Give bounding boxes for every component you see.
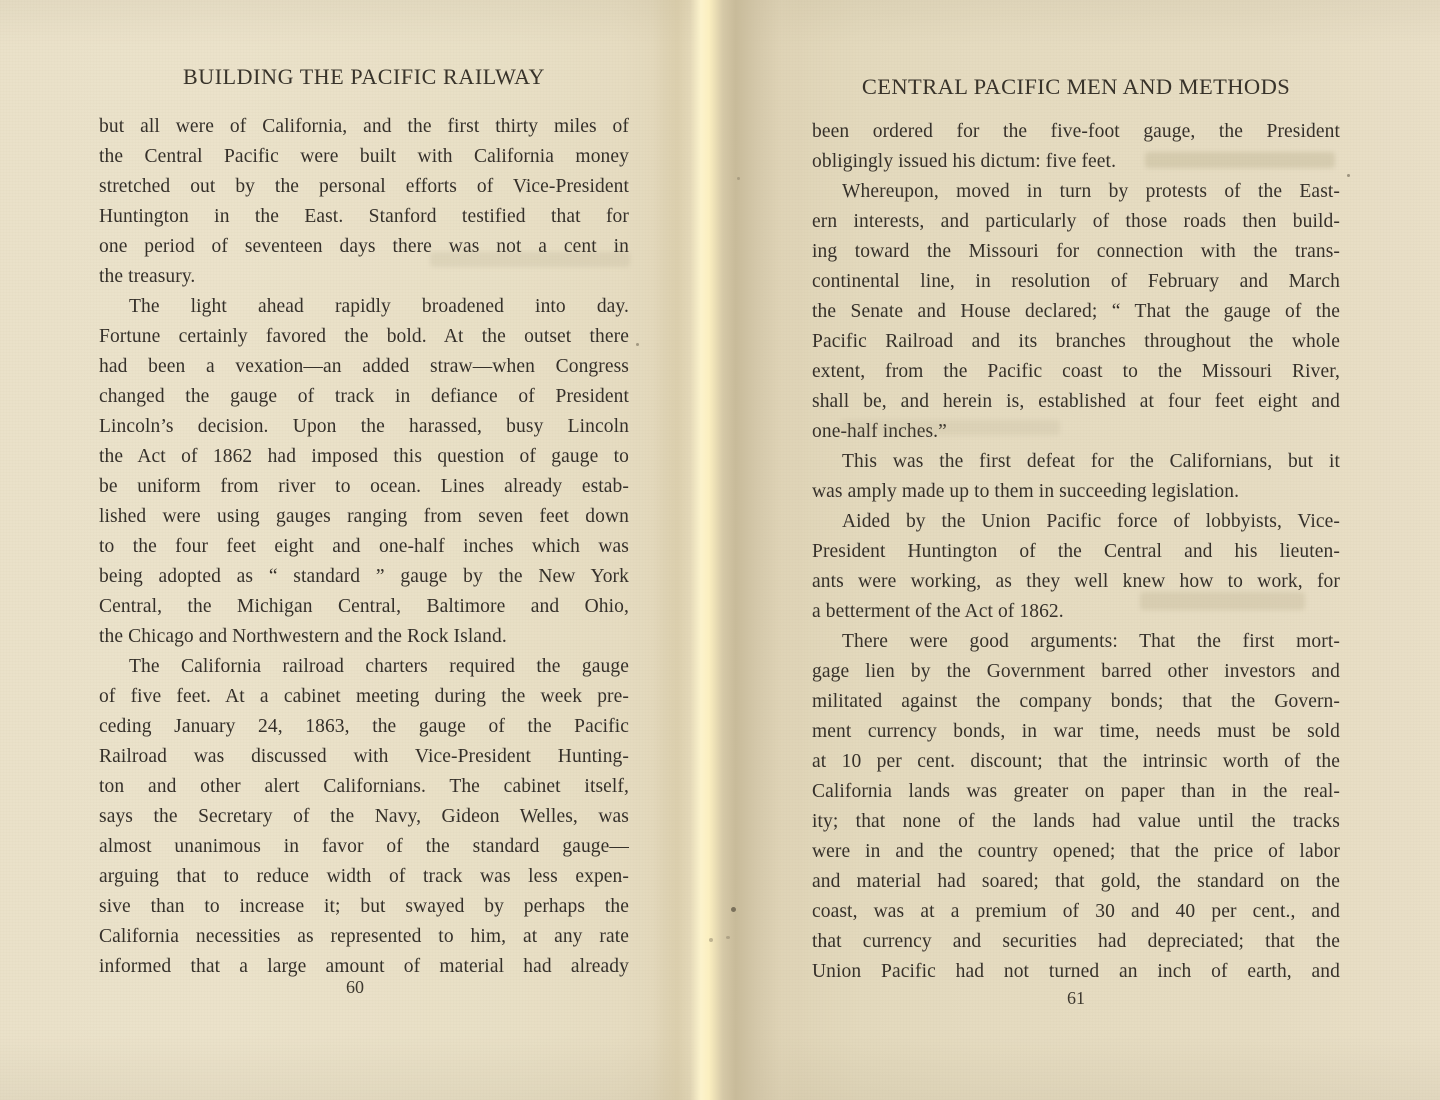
paper-speck (1347, 174, 1350, 177)
text-line: sive than to increase it; but swayed by … (99, 892, 629, 922)
text-line: Aided by the Union Pacific force of lobb… (812, 507, 1340, 537)
text-line: lished were using gauges ranging from se… (99, 502, 629, 532)
text-line: says the Secretary of the Navy, Gideon W… (99, 802, 629, 832)
text-line: There were good arguments: That the firs… (812, 627, 1340, 657)
text-line: California lands was greater on paper th… (812, 777, 1340, 807)
text-line: Huntington in the East. Stanford testifi… (99, 202, 629, 232)
text-line: This was the first defeat for the Califo… (812, 447, 1340, 477)
text-line: ern interests, and particularly of those… (812, 207, 1340, 237)
text-line: to the four feet eight and one-half inch… (99, 532, 629, 562)
text-line: had been a vexation—an added straw—when … (99, 352, 629, 382)
paper-speck (737, 177, 740, 180)
showthrough-mark (430, 252, 630, 267)
page-number-left: 60 (99, 977, 611, 998)
text-line: the Act of 1862 had imposed this questio… (99, 442, 629, 472)
text-line: coast, was at a premium of 30 and 40 per… (812, 897, 1340, 927)
paper-speck (636, 343, 639, 346)
paper-speck (731, 907, 736, 912)
paper-speck (709, 938, 713, 942)
running-header-left: BUILDING THE PACIFIC RAILWAY (99, 64, 629, 90)
text-line: ity; that none of the lands had value un… (812, 807, 1340, 837)
text-line: Central, the Michigan Central, Baltimore… (99, 592, 629, 622)
page-number-right: 61 (812, 988, 1340, 1009)
text-line: Lincoln’s decision. Upon the harassed, b… (99, 412, 629, 442)
paper-speck (726, 936, 730, 939)
text-line: ing toward the Missouri for connection w… (812, 237, 1340, 267)
text-block-right: been ordered for the five-foot gauge, th… (812, 117, 1340, 987)
right-page: CENTRAL PACIFIC MEN AND METHODS been ord… (760, 0, 1440, 1100)
text-line: gage lien by the Government barred other… (812, 657, 1340, 687)
text-line: The California railroad charters require… (99, 652, 629, 682)
text-line: shall be, and herein is, established at … (812, 387, 1340, 417)
text-line: Whereupon, moved in turn by protests of … (812, 177, 1340, 207)
text-line: stretched out by the personal efforts of… (99, 172, 629, 202)
text-block-left: but all were of California, and the firs… (99, 112, 629, 982)
text-line: arguing that to reduce width of track wa… (99, 862, 629, 892)
running-header-right: CENTRAL PACIFIC MEN AND METHODS (812, 74, 1340, 100)
text-line: of five feet. At a cabinet meeting durin… (99, 682, 629, 712)
text-line: Fortune certainly favored the bold. At t… (99, 322, 629, 352)
text-line: continental line, in resolution of Febru… (812, 267, 1340, 297)
showthrough-mark (1145, 152, 1335, 168)
text-line: but all were of California, and the firs… (99, 112, 629, 142)
text-line: Union Pacific had not turned an inch of … (812, 957, 1340, 987)
text-line: changed the gauge of track in defiance o… (99, 382, 629, 412)
text-line: been ordered for the five-foot gauge, th… (812, 117, 1340, 147)
text-line: at 10 per cent. discount; that the intri… (812, 747, 1340, 777)
text-line: California necessities as represented to… (99, 922, 629, 952)
text-line: militated against the company bonds; tha… (812, 687, 1340, 717)
text-line: ton and other alert Californians. The ca… (99, 772, 629, 802)
text-line: Pacific Railroad and its branches throug… (812, 327, 1340, 357)
text-line: were in and the country opened; that the… (812, 837, 1340, 867)
text-line: President Huntington of the Central and … (812, 537, 1340, 567)
text-line: Railroad was discussed with Vice-Preside… (99, 742, 629, 772)
text-line: the Chicago and Northwestern and the Roc… (99, 622, 629, 652)
book-spread: BUILDING THE PACIFIC RAILWAY but all wer… (0, 0, 1440, 1100)
text-line: that currency and securities had depreci… (812, 927, 1340, 957)
text-line: The light ahead rapidly broadened into d… (99, 292, 629, 322)
text-line: ceding January 24, 1863, the gauge of th… (99, 712, 629, 742)
left-page: BUILDING THE PACIFIC RAILWAY but all wer… (0, 0, 690, 1100)
text-line: ment currency bonds, in war time, needs … (812, 717, 1340, 747)
text-line: was amply made up to them in succeeding … (812, 477, 1340, 507)
text-line: be uniform from river to ocean. Lines al… (99, 472, 629, 502)
text-line: being adopted as “ standard ” gauge by t… (99, 562, 629, 592)
text-line: the Central Pacific were built with Cali… (99, 142, 629, 172)
text-line: and material had soared; that gold, the … (812, 867, 1340, 897)
text-line: the Senate and House declared; “ That th… (812, 297, 1340, 327)
text-line: almost unanimous in favor of the standar… (99, 832, 629, 862)
showthrough-mark (840, 420, 1060, 435)
showthrough-mark (1140, 592, 1305, 610)
text-line: extent, from the Pacific coast to the Mi… (812, 357, 1340, 387)
